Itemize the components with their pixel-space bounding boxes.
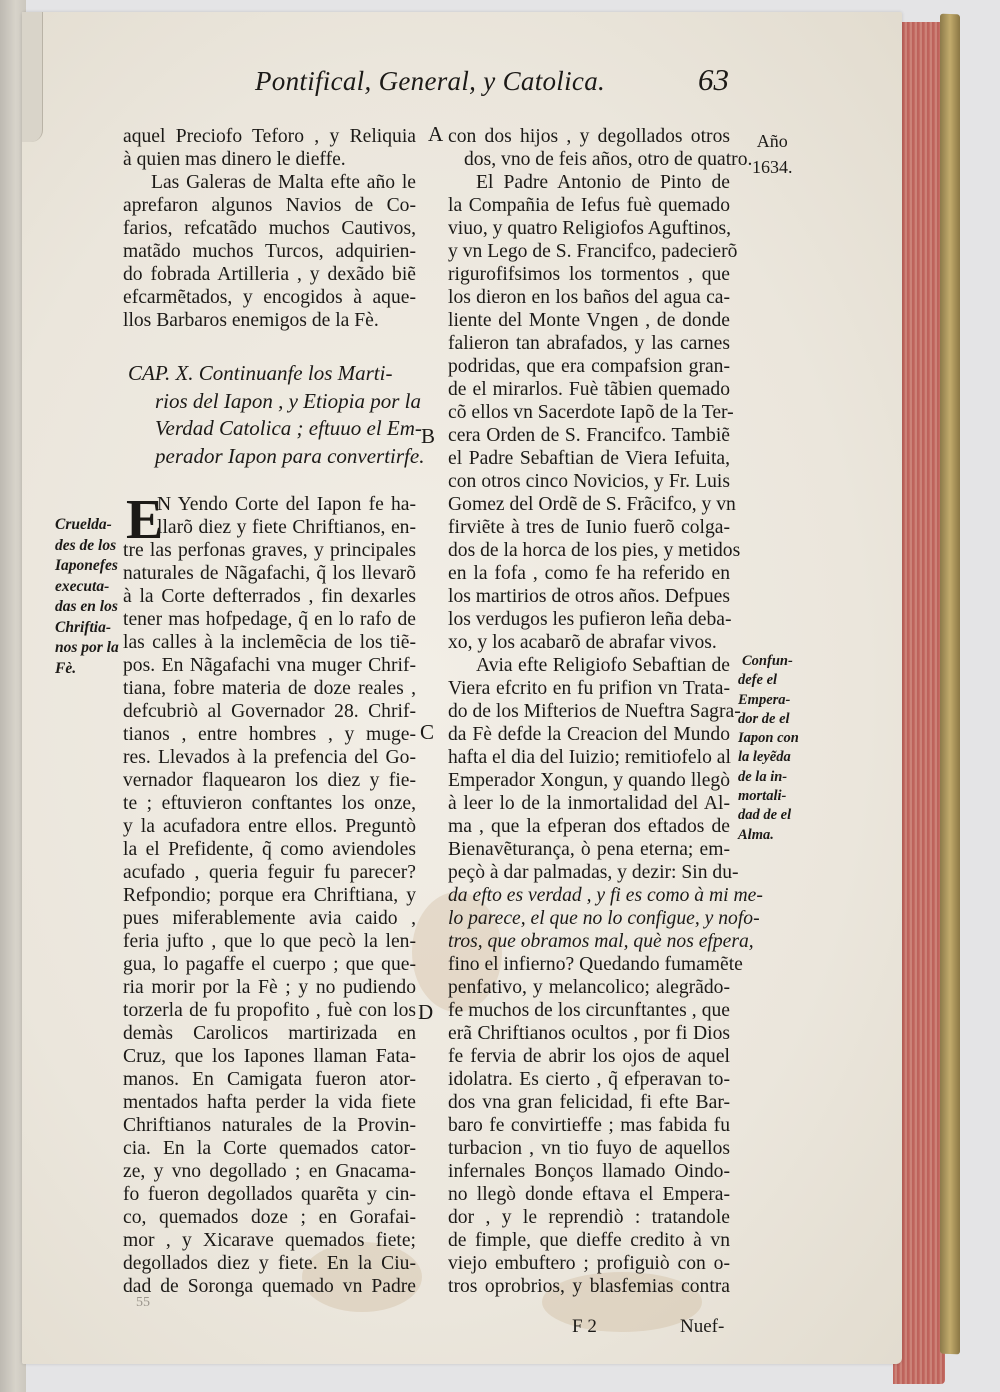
note-line: Chriftia- bbox=[55, 618, 119, 639]
note-line: Cruelda- bbox=[55, 515, 119, 536]
text-line: pos. En Nãgafachi vna muger Chrif- bbox=[123, 654, 416, 677]
text-line: Chriftianos naturales de la Provin- bbox=[123, 1114, 416, 1137]
text-line: liente del Monte Vngen , de donde bbox=[448, 309, 730, 332]
text-line: fe fervia de abrir los ojos de aquel bbox=[448, 1045, 730, 1068]
text-line: idolatra. Es cierto , q̃ efperavan to- bbox=[448, 1068, 730, 1091]
text-line: Cruz, que los Iapones llaman Fata- bbox=[123, 1045, 416, 1068]
running-head: Pontifical, General, y Catolica. bbox=[255, 66, 605, 97]
year-value: 1634. bbox=[752, 154, 793, 180]
section-letter-b: B bbox=[421, 424, 435, 449]
text-line: las calles à la inclemẽcia de los tiẽ- bbox=[123, 631, 416, 654]
chapter-heading-line: CAP. X. Continuanfe los Marti- bbox=[128, 360, 418, 388]
text-line: aquel Preciofo Teforo , y Reliquia bbox=[123, 125, 416, 148]
text-line: tener mas hofpedage, q̃ en lo rafo de bbox=[123, 608, 416, 631]
note-line: Confun- bbox=[738, 652, 799, 671]
note-line: mortali- bbox=[738, 787, 799, 806]
note-line: Iapon con bbox=[738, 729, 799, 748]
text-line: cõ ellos vn Sacerdote Iapõ de la Ter- bbox=[448, 401, 730, 424]
text-line: co, quemados doze ; en Gorafai- bbox=[123, 1206, 416, 1229]
text-line: da efto es verdad , y fi es como à mi me… bbox=[448, 884, 730, 907]
text-line: acufado , queria feguir fu parecer? bbox=[123, 861, 416, 884]
text-line: te ; eftuvieron conftantes los onze, bbox=[123, 792, 416, 815]
text-line: con otros cinco Novicios, y Fr. Luis bbox=[448, 470, 730, 493]
text-line: erã Chriftianos ocultos , por fi Dios bbox=[448, 1022, 730, 1045]
text-line: mor , y Xicarave quemados fiete; bbox=[123, 1229, 416, 1252]
text-line: los dieron en los baños del agua ca- bbox=[448, 286, 730, 309]
text-line: do fobrada Artilleria , y dexãdo biẽ bbox=[123, 263, 416, 286]
note-line: Alma. bbox=[738, 826, 799, 845]
text-line: de fimple, que dieffe credito à vn bbox=[448, 1229, 730, 1252]
text-line: efcarmẽtados, y encogidos à aque- bbox=[123, 286, 416, 309]
section-letter-d: D bbox=[418, 1000, 433, 1025]
text-line: vernador flaquearon los diez y fie- bbox=[123, 769, 416, 792]
note-line: defe el bbox=[738, 671, 799, 690]
note-line: la leyẽda bbox=[738, 748, 799, 767]
text-line: viuo, y quatro Religiofos Aguftinos, bbox=[448, 217, 730, 240]
text-line: lo parece, el que no lo configue, y nofo… bbox=[448, 907, 730, 930]
text-line: falieron tan abrafados, y las carnes bbox=[448, 332, 730, 355]
text-line: y vn Lego de S. Francifco, padecierõ bbox=[448, 240, 730, 263]
text-line: Bienavẽturança, ò pena eterna; em- bbox=[448, 838, 730, 861]
text-line: tianos , entre hombres , y muge- bbox=[123, 723, 416, 746]
left-margin-note: Cruelda- des de los Iaponefes executa- d… bbox=[55, 515, 119, 679]
text-line: firviẽte à tres de Iunio fuerõ colga- bbox=[448, 516, 730, 539]
year-label: Año bbox=[752, 128, 793, 154]
text-line: tre las perfonas graves, y principales bbox=[123, 539, 416, 562]
text-line: manos. En Camigata fueron ator- bbox=[123, 1068, 416, 1091]
text-line: llarõ diez y fiete Chriftianos, en- bbox=[123, 516, 416, 539]
text-line: fo fueron degollados quarẽta y cin- bbox=[123, 1183, 416, 1206]
right-margin-note: Confun- defe el Empera- dor de el Iapon … bbox=[738, 652, 799, 845]
text-line: dos de la horca de los pies, y metidos bbox=[448, 539, 730, 562]
text-line: ma , que la efperan dos eftados de bbox=[448, 815, 730, 838]
text-line: turbacion , vn tio fuyo de aquellos bbox=[448, 1137, 730, 1160]
text-line: farios, refcatãdo muchos Cautivos, bbox=[123, 217, 416, 240]
text-line: mentados hafta perder la vida fiete bbox=[123, 1091, 416, 1114]
faint-bleedthrough-number: 55 bbox=[136, 1295, 150, 1311]
chapter-heading: CAP. X. Continuanfe los Marti- rios del … bbox=[128, 360, 418, 470]
note-line: Iaponefes bbox=[55, 556, 119, 577]
text-line: res. Llevados à la prefencia del Go- bbox=[123, 746, 416, 769]
note-line: de la in- bbox=[738, 768, 799, 787]
text-line: penfativo, y melancolico; alegrãdo- bbox=[448, 976, 730, 999]
note-line: nos por la bbox=[55, 638, 119, 659]
chapter-heading-line: rios del Iapon , y Etiopia por la bbox=[128, 388, 418, 416]
text-line: en la fofa , como fe ha referido en bbox=[448, 562, 730, 585]
text-line: Las Galeras de Malta efte año le bbox=[123, 171, 416, 194]
text-line: xo, y los acabarõ de abrafar vivos. bbox=[448, 631, 730, 654]
text-line: ze, y vno degollado ; en Gnacama- bbox=[123, 1160, 416, 1183]
text-line: viejo embuftero ; profiguiò con o- bbox=[448, 1252, 730, 1275]
text-line: aprefaron algunos Navios de Co- bbox=[123, 194, 416, 217]
text-line: rigurofifsimos los tormentos , que bbox=[448, 263, 730, 286]
text-line: Viera efcrito en fu prifion vn Trata- bbox=[448, 677, 730, 700]
text-line: degollados diez y fiete. En la Ciu- bbox=[123, 1252, 416, 1275]
text-line: matãdo muchos Turcos, adquirien- bbox=[123, 240, 416, 263]
text-line: feria jufto , que lo que pecò la len- bbox=[123, 930, 416, 953]
text-line: Avia efte Religiofo Sebaftian de bbox=[448, 654, 730, 677]
chapter-heading-line: perador Iapon para convertirfe. bbox=[128, 443, 418, 471]
text-line: tiana, fobre materia de doze reales , bbox=[123, 677, 416, 700]
text-line: fe muchos de los circunftantes , que bbox=[448, 999, 730, 1022]
page-number: 63 bbox=[698, 62, 729, 98]
text-line: dos vna gran felicidad, fi efte Bar- bbox=[448, 1091, 730, 1114]
book-cover-edge bbox=[940, 14, 960, 1355]
text-line: Emperador Xongun, y quando llegò bbox=[448, 769, 730, 792]
text-line: El Padre Antonio de Pinto de bbox=[448, 171, 730, 194]
catchword: Nuef- bbox=[680, 1316, 724, 1338]
text-line: à leer lo de la inmortalidad del Al- bbox=[448, 792, 730, 815]
text-line: infernales Bonços llamado Oindo- bbox=[448, 1160, 730, 1183]
text-line: Gomez del Ordẽ de S. Frãcifco, y vn bbox=[448, 493, 730, 516]
text-line: cia. En la Corte quemados cator- bbox=[123, 1137, 416, 1160]
text-line: demàs Carolicos martirizada en bbox=[123, 1022, 416, 1045]
right-column: con dos hijos , y degollados otros dos, … bbox=[448, 125, 730, 1298]
text-line: de el mirarlos. Fuè tãbien quemado bbox=[448, 378, 730, 401]
text-line: da Fè defde la Creacion del Mundo bbox=[448, 723, 730, 746]
text-line: naturales de Nãgafachi, q̃ los llevarõ bbox=[123, 562, 416, 585]
left-column-top: aquel Preciofo Teforo , y Reliquia à qui… bbox=[123, 125, 416, 332]
text-line: podridas, que era compafsion gran- bbox=[448, 355, 730, 378]
margin-year: Año 1634. bbox=[752, 128, 793, 180]
text-line: llos Barbaros enemigos de la Fè. bbox=[123, 309, 416, 332]
left-column-body: N Yendo Corte del Iapon fe ha- llarõ die… bbox=[123, 493, 416, 1298]
text-line: con dos hijos , y degollados otros bbox=[448, 125, 730, 148]
note-line: das en los bbox=[55, 597, 119, 618]
chapter-heading-line: Verdad Catolica ; eftuuo el Em- bbox=[128, 415, 418, 443]
text-line: y la acufadora entre ellos. Preguntò bbox=[123, 815, 416, 838]
note-line: Empera- bbox=[738, 691, 799, 710]
text-line: dor , y le reprendiò : tratandole bbox=[448, 1206, 730, 1229]
text-line: hafta el dia del Iuizio; remitiofelo al bbox=[448, 746, 730, 769]
text-line: dad de Soronga quemado vn Padre bbox=[123, 1275, 416, 1298]
text-line: N Yendo Corte del Iapon fe ha- bbox=[123, 493, 416, 516]
note-line: dor de el bbox=[738, 710, 799, 729]
text-line: la el Prefidente, q̃ como aviendoles bbox=[123, 838, 416, 861]
note-line: Fè. bbox=[55, 659, 119, 680]
text-line: no llegò donde eftava el Empera- bbox=[448, 1183, 730, 1206]
text-line: tros oprobrios, y blasfemias contra bbox=[448, 1275, 730, 1298]
text-line: do de los Mifterios de Nueftra Sagra- bbox=[448, 700, 730, 723]
text-line: fino el infierno? Quedando fumamẽte bbox=[448, 953, 730, 976]
torn-paper-flap bbox=[22, 12, 43, 142]
text-line: defcubriò al Governador 28. Chrif- bbox=[123, 700, 416, 723]
text-line: la Compañia de Iefus fuè quemado bbox=[448, 194, 730, 217]
note-line: des de los bbox=[55, 536, 119, 557]
text-line: ria morir por la Fè ; y no pudiendo bbox=[123, 976, 416, 999]
text-line: cera Orden de S. Francifco. Tambiẽ bbox=[448, 424, 730, 447]
note-line: executa- bbox=[55, 577, 119, 598]
text-line: pues miferablemente avia caido , bbox=[123, 907, 416, 930]
section-letter-a: A bbox=[428, 122, 443, 147]
text-line: el Padre Sebaftian de Viera Iefuita, bbox=[448, 447, 730, 470]
text-line: à la Corte defterrados , fin dexarles bbox=[123, 585, 416, 608]
note-line: dad de el bbox=[738, 806, 799, 825]
text-line: los martirios de otros años. Defpues bbox=[448, 585, 730, 608]
text-line: peçò à dar palmadas, y dezir: Sin du- bbox=[448, 861, 730, 884]
text-line: torzerla de fu propofito , fuè con los bbox=[123, 999, 416, 1022]
text-line: baro fe convirtieffe ; mas fabida fu bbox=[448, 1114, 730, 1137]
text-line: los verdugos les pufieron leña deba- bbox=[448, 608, 730, 631]
signature-mark: F 2 bbox=[572, 1316, 597, 1338]
text-line: tros, que obramos mal, què nos efpera, bbox=[448, 930, 730, 953]
section-letter-c: C bbox=[420, 720, 434, 745]
text-line: gua, lo pagaffe el cuerpo ; que que- bbox=[123, 953, 416, 976]
text-line: dos, vno de feis años, otro de quatro. bbox=[448, 148, 730, 171]
text-line: à quien mas dinero le dieffe. bbox=[123, 148, 416, 171]
text-line: Refpondio; porque era Chriftiana, y bbox=[123, 884, 416, 907]
